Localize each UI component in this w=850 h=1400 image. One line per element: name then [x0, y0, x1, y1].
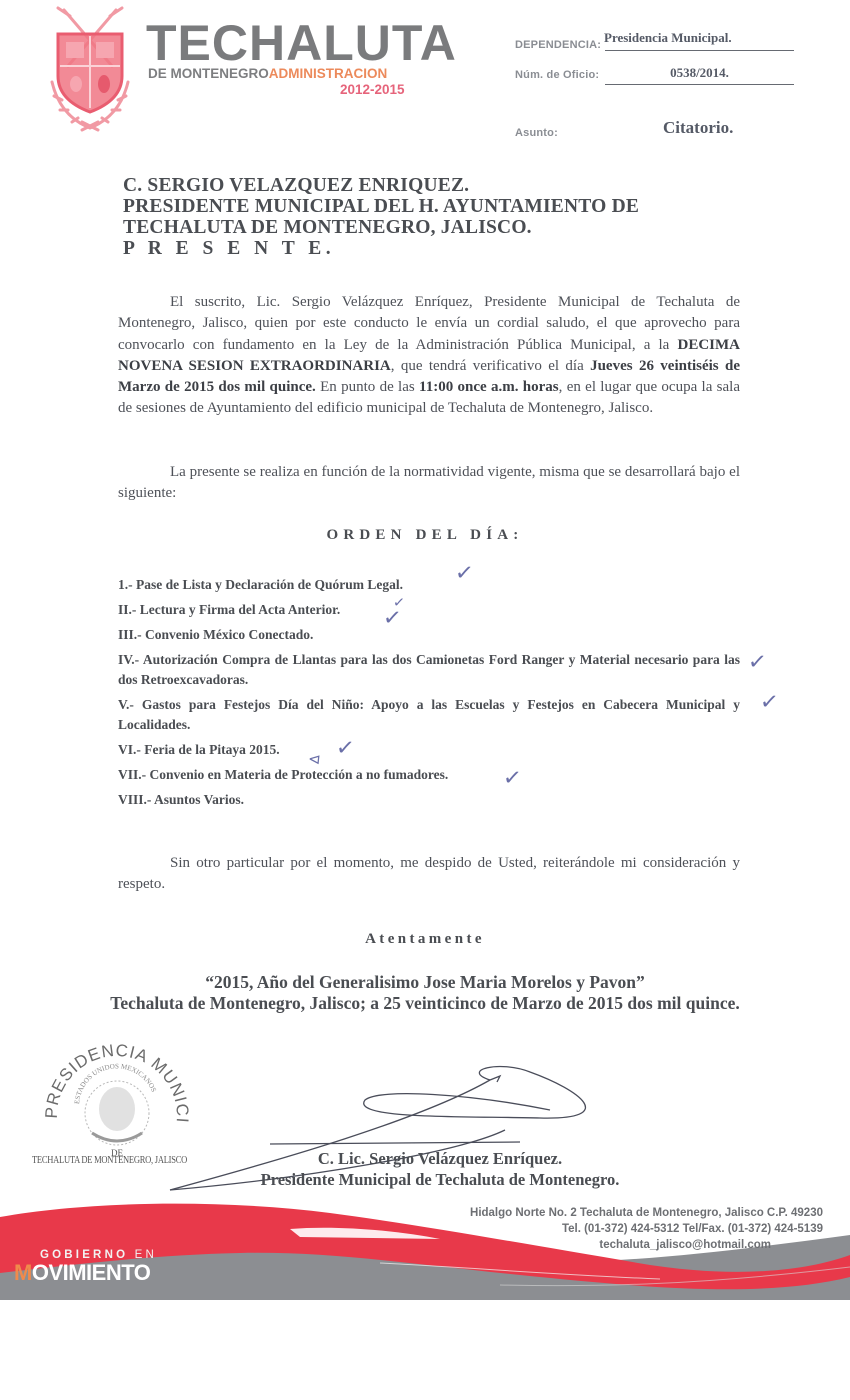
signer-name: C. Lic. Sergio Velázquez Enríquez.: [160, 1148, 720, 1169]
agenda-item: VI.- Feria de la Pitaya 2015.: [118, 740, 740, 760]
slogan-m-glyph: M: [14, 1260, 32, 1285]
agenda-item: 1.- Pase de Lista y Declaración de Quóru…: [118, 575, 740, 595]
asunto-value: Citatorio.: [663, 118, 733, 138]
brand-title: TECHALUTA: [146, 18, 457, 68]
dependencia-label: DEPENDENCIA:: [515, 39, 601, 51]
oficio-underline: [605, 84, 794, 85]
brand-subtitle-town: DE MONTENEGRO: [148, 66, 269, 81]
brand-years: 2012-2015: [340, 82, 405, 97]
oficio-label: Núm. de Oficio:: [515, 69, 599, 81]
agenda-item: VII.- Convenio en Materia de Protección …: [118, 765, 740, 785]
addressee-title: PRESIDENTE MUNICIPAL DEL H. AYUNTAMIENTO…: [123, 196, 639, 217]
checkmark-icon: ✓: [759, 691, 780, 715]
agenda-item: II.- Lectura y Firma del Acta Anterior.: [118, 600, 740, 620]
checkmark-icon: ✓: [502, 767, 523, 791]
signer-block: C. Lic. Sergio Velázquez Enríquez. Presi…: [160, 1148, 720, 1190]
addressee-block: C. SERGIO VELAZQUEZ ENRIQUEZ. PRESIDENTE…: [123, 175, 639, 259]
closing-paragraph: Sin otro particular por el momento, me d…: [118, 853, 740, 896]
year-motto: “2015, Año del Generalisimo Jose Maria M…: [110, 972, 740, 993]
coat-of-arms-icon: [42, 4, 138, 134]
addressee-location: TECHALUTA DE MONTENEGRO, JALISCO.: [123, 217, 639, 238]
footer-contact: Hidalgo Norte No. 2 Techaluta de Montene…: [470, 1205, 823, 1253]
scribble-icon: ⊲: [307, 751, 321, 767]
slogan-logo: MOVIMIENTO: [14, 1260, 150, 1286]
oficio-value: 0538/2014.: [605, 65, 794, 81]
footer-phones: Tel. (01-372) 424-5312 Tel/Fax. (01-372)…: [470, 1221, 823, 1237]
place-date: Techaluta de Montenegro, Jalisco; a 25 v…: [110, 993, 740, 1014]
slogan-rest: OVIMIENTO: [32, 1260, 151, 1285]
agenda-item: V.- Gastos para Festejos Día del Niño: A…: [118, 695, 740, 735]
checkmark-icon: ✓: [382, 607, 403, 631]
agenda-heading: ORDEN DEL DÍA:: [0, 527, 850, 544]
text: En punto de las: [316, 379, 419, 395]
agenda-item: IV.- Autorización Compra de Llantas para…: [118, 650, 740, 690]
text: El suscrito, Lic. Sergio Velázquez Enríq…: [118, 294, 740, 353]
session-time: 11:00 once a.m. horas: [419, 379, 559, 395]
checkmark-icon: ✓: [335, 737, 356, 761]
addressee-presente: P R E S E N T E.: [123, 238, 639, 259]
signer-title: Presidente Municipal de Techaluta de Mon…: [160, 1169, 720, 1190]
dependencia-value: Presidencia Municipal.: [604, 30, 794, 46]
footer-address: Hidalgo Norte No. 2 Techaluta de Montene…: [470, 1205, 823, 1221]
text: , que tendrá verificativo el día: [391, 358, 590, 374]
convocation-paragraph: El suscrito, Lic. Sergio Velázquez Enríq…: [118, 292, 740, 420]
footer-email[interactable]: techaluta_jalisco@hotmail.com: [470, 1237, 771, 1253]
brand-administration: ADMINISTRACION: [269, 66, 388, 81]
brand-subtitle: DE MONTENEGROADMINISTRACION: [148, 66, 387, 81]
motto-block: “2015, Año del Generalisimo Jose Maria M…: [110, 972, 740, 1014]
atentamente-heading: Atentamente: [0, 931, 850, 948]
agenda-list: 1.- Pase de Lista y Declaración de Quóru…: [118, 575, 740, 815]
agenda-item: VIII.- Asuntos Varios.: [118, 790, 740, 810]
dependencia-underline: [605, 50, 794, 51]
addressee-name: C. SERGIO VELAZQUEZ ENRIQUEZ.: [123, 175, 639, 196]
asunto-label: Asunto:: [515, 127, 558, 139]
checkmark-icon: ✓: [747, 651, 768, 675]
normativity-paragraph: La presente se realiza en función de la …: [118, 462, 740, 505]
agenda-item: III.- Convenio México Conectado.: [118, 625, 740, 645]
checkmark-icon: ✓: [454, 562, 475, 586]
